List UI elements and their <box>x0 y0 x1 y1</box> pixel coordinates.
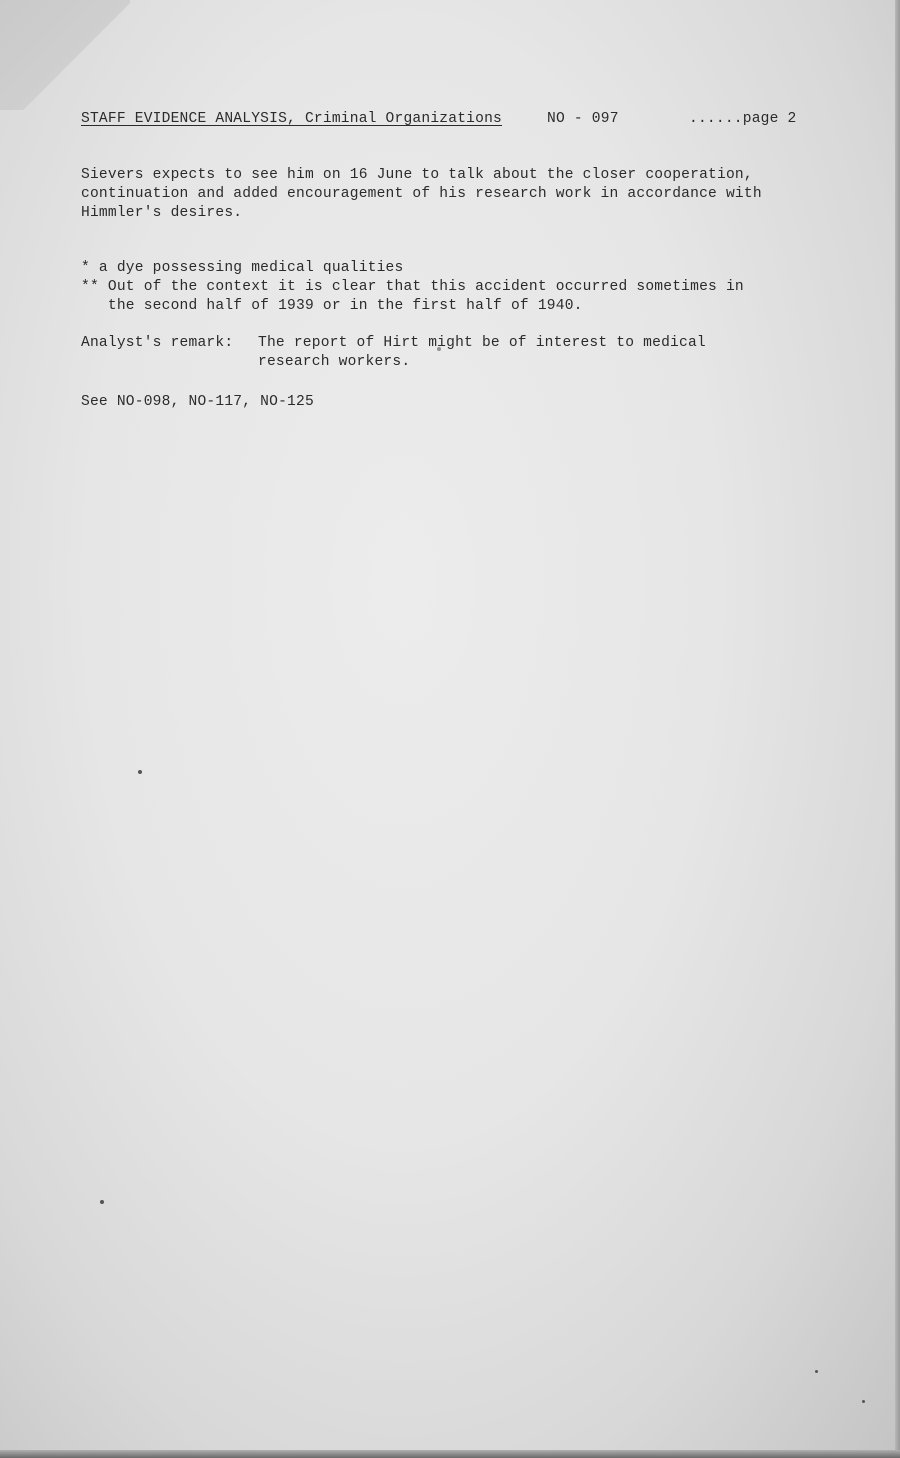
page-number: ......page 2 <box>689 110 797 129</box>
page-edge <box>0 1450 900 1458</box>
footnote-2: ** Out of the context it is clear that t… <box>81 278 744 316</box>
remark-line: research workers. <box>258 354 410 370</box>
see-also-references: See NO-098, NO-117, NO-125 <box>81 393 314 412</box>
footnote-line: the second half of 1939 or in the first … <box>81 298 583 314</box>
footnote-line: * a dye possessing medical qualities <box>81 260 403 276</box>
footnote-1: * a dye possessing medical qualities <box>81 259 403 278</box>
remark-line: The report of Hirt might be of interest … <box>258 335 706 351</box>
paragraph-line: continuation and added encouragement of … <box>81 186 762 202</box>
paragraph-line: Himmler's desires. <box>81 205 242 221</box>
footnote-line: ** Out of the context it is clear that t… <box>81 279 744 295</box>
document-title: STAFF EVIDENCE ANALYSIS, Criminal Organi… <box>81 110 502 129</box>
paper-speck <box>862 1400 865 1403</box>
remark-label: Analyst's remark: <box>81 334 233 353</box>
document-page: STAFF EVIDENCE ANALYSIS, Criminal Organi… <box>0 0 895 1452</box>
page-edge <box>895 0 900 1458</box>
remark-text: The report of Hirt might be of interest … <box>258 334 706 372</box>
paper-speck <box>100 1200 104 1204</box>
document-number: NO - 097 <box>547 110 619 129</box>
body-paragraph: Sievers expects to see him on 16 June to… <box>81 166 762 223</box>
paragraph-line: Sievers expects to see him on 16 June to… <box>81 167 753 183</box>
paper-speck <box>138 770 142 774</box>
torn-corner <box>0 0 130 110</box>
paper-speck <box>437 347 441 351</box>
paper-speck <box>815 1370 818 1373</box>
